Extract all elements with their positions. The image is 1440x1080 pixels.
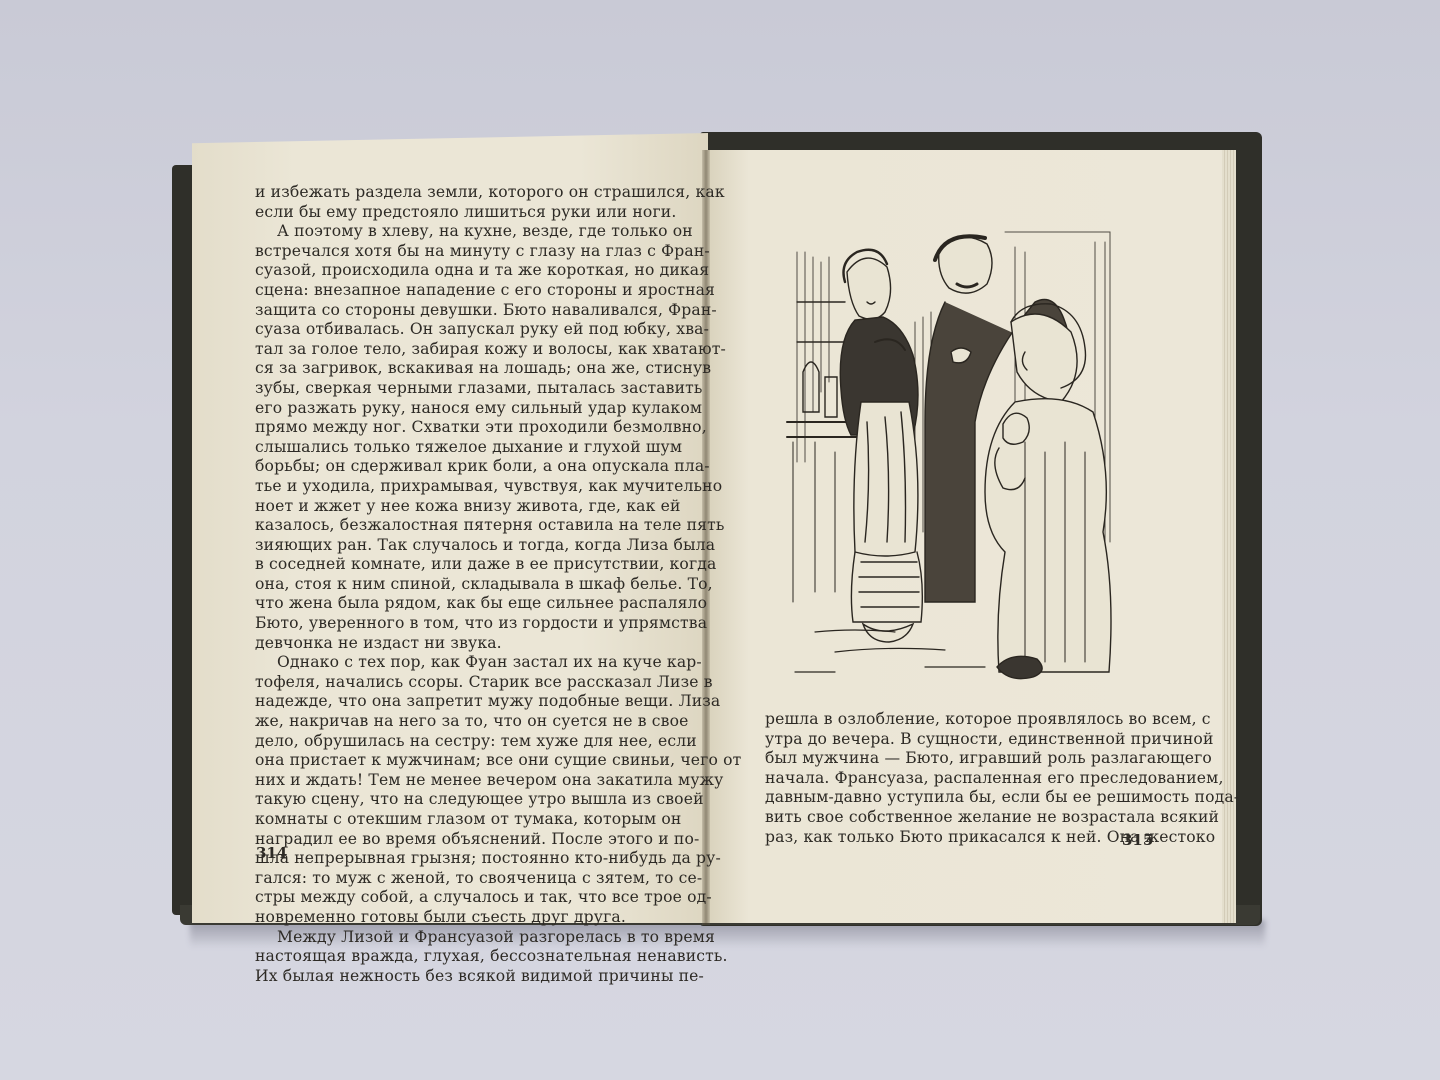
text-line: она пристает к мужчинам; все они сущие с… [255,751,669,771]
text-line: ся за загривок, вскакивая на лошадь; она… [255,359,669,379]
text-line: зубы, сверкая черными глазами, пыталась … [255,379,669,399]
text-line: его разжать руку, нанося ему сильный уда… [255,399,669,419]
text-line: что жена была рядом, как бы еще сильнее … [255,594,669,614]
text-line: же, накричав на него за то, что он суетс… [255,712,669,732]
text-line: раз, как только Бюто прикасался к ней. О… [765,828,1145,848]
text-line: прямо между ног. Схватки эти проходили б… [255,418,669,438]
page-number-left: 314 [256,844,287,862]
text-line: такую сцену, что на следующее утро вышла… [255,790,669,810]
text-line: А поэтому в хлеву, на кухне, везде, где … [255,222,669,242]
text-line: борьбы; он сдерживал крик боли, а она оп… [255,457,669,477]
text-line: шла непрерывная грызня; постоянно кто-ни… [255,849,669,869]
text-line: зияющих ран. Так случалось и тогда, когд… [255,536,669,556]
text-line: казалось, безжалостная пятерня оставила … [255,516,669,536]
text-line: если бы ему предстояло лишиться руки или… [255,203,669,223]
text-line: них и ждать! Тем не менее вечером она за… [255,771,669,791]
text-line: тал за голое тело, забирая кожу и волосы… [255,340,669,360]
text-line: надежде, что она запретит мужу подобные … [255,692,669,712]
text-line: Бюто, уверенного в том, что из гордости … [255,614,669,634]
text-line: она, стоя к ним спиной, складывала в шка… [255,575,669,595]
text-line: ноет и жжет у нее кожа внизу живота, где… [255,497,669,517]
text-line: сцена: внезапное нападение с его стороны… [255,281,669,301]
text-line: вить свое собственное желание не возраст… [765,808,1145,828]
text-line: наградил ее во время объяснений. После э… [255,830,669,850]
text-line: решла в озлобление, которое проявлялось … [765,710,1145,730]
text-line: суазой, происходила одна и та же коротка… [255,261,669,281]
text-line: тофеля, начались ссоры. Старик все расск… [255,673,669,693]
text-line: настоящая вражда, глухая, бессознательна… [255,947,669,967]
text-line: Их былая нежность без всякой видимой при… [255,967,669,987]
text-line: суаза отбивалась. Он запускал руку ей по… [255,320,669,340]
text-line: стры между собой, а случалось и так, что… [255,888,669,908]
text-line: утра до вечера. В сущности, единственной… [765,730,1145,750]
text-line: защита со стороны девушки. Бюто навалива… [255,301,669,321]
text-line: был мужчина — Бюто, игравший роль разлаг… [765,749,1145,769]
text-line: Между Лизой и Франсуазой разгорелась в т… [255,928,669,948]
text-line: и избежать раздела земли, которого он ст… [255,183,669,203]
text-line: дело, обрушилась на сестру: тем хуже для… [255,732,669,752]
text-line: Однако с тех пор, как Фуан застал их на … [255,653,669,673]
text-line: тье и уходила, прихрамывая, чувствуя, ка… [255,477,669,497]
text-line: новременно готовы были съесть друг друга… [255,908,669,928]
page-stack-edge [1222,150,1236,923]
illustration-kitchen-scene-icon [775,212,1135,688]
text-line: слышались только тяжелое дыхание и глухо… [255,438,669,458]
text-line: комнаты с отекшим глазом от тумака, кото… [255,810,669,830]
text-line: гался: то муж с женой, то свояченица с з… [255,869,669,889]
text-line: встречался хотя бы на минуту с глазу на … [255,242,669,262]
text-line: начала. Франсуаза, распаленная его пресл… [765,769,1145,789]
text-line: давным-давно уступила бы, если бы ее реш… [765,788,1145,808]
left-page-text: и избежать раздела земли, которого он ст… [255,183,669,986]
right-page-text: решла в озлобление, которое проявлялось … [765,710,1145,847]
page-number-right: 315 [1122,831,1153,849]
text-line: в соседней комнате, или даже в ее присут… [255,555,669,575]
text-line: девчонка не издаст ни звука. [255,634,669,654]
